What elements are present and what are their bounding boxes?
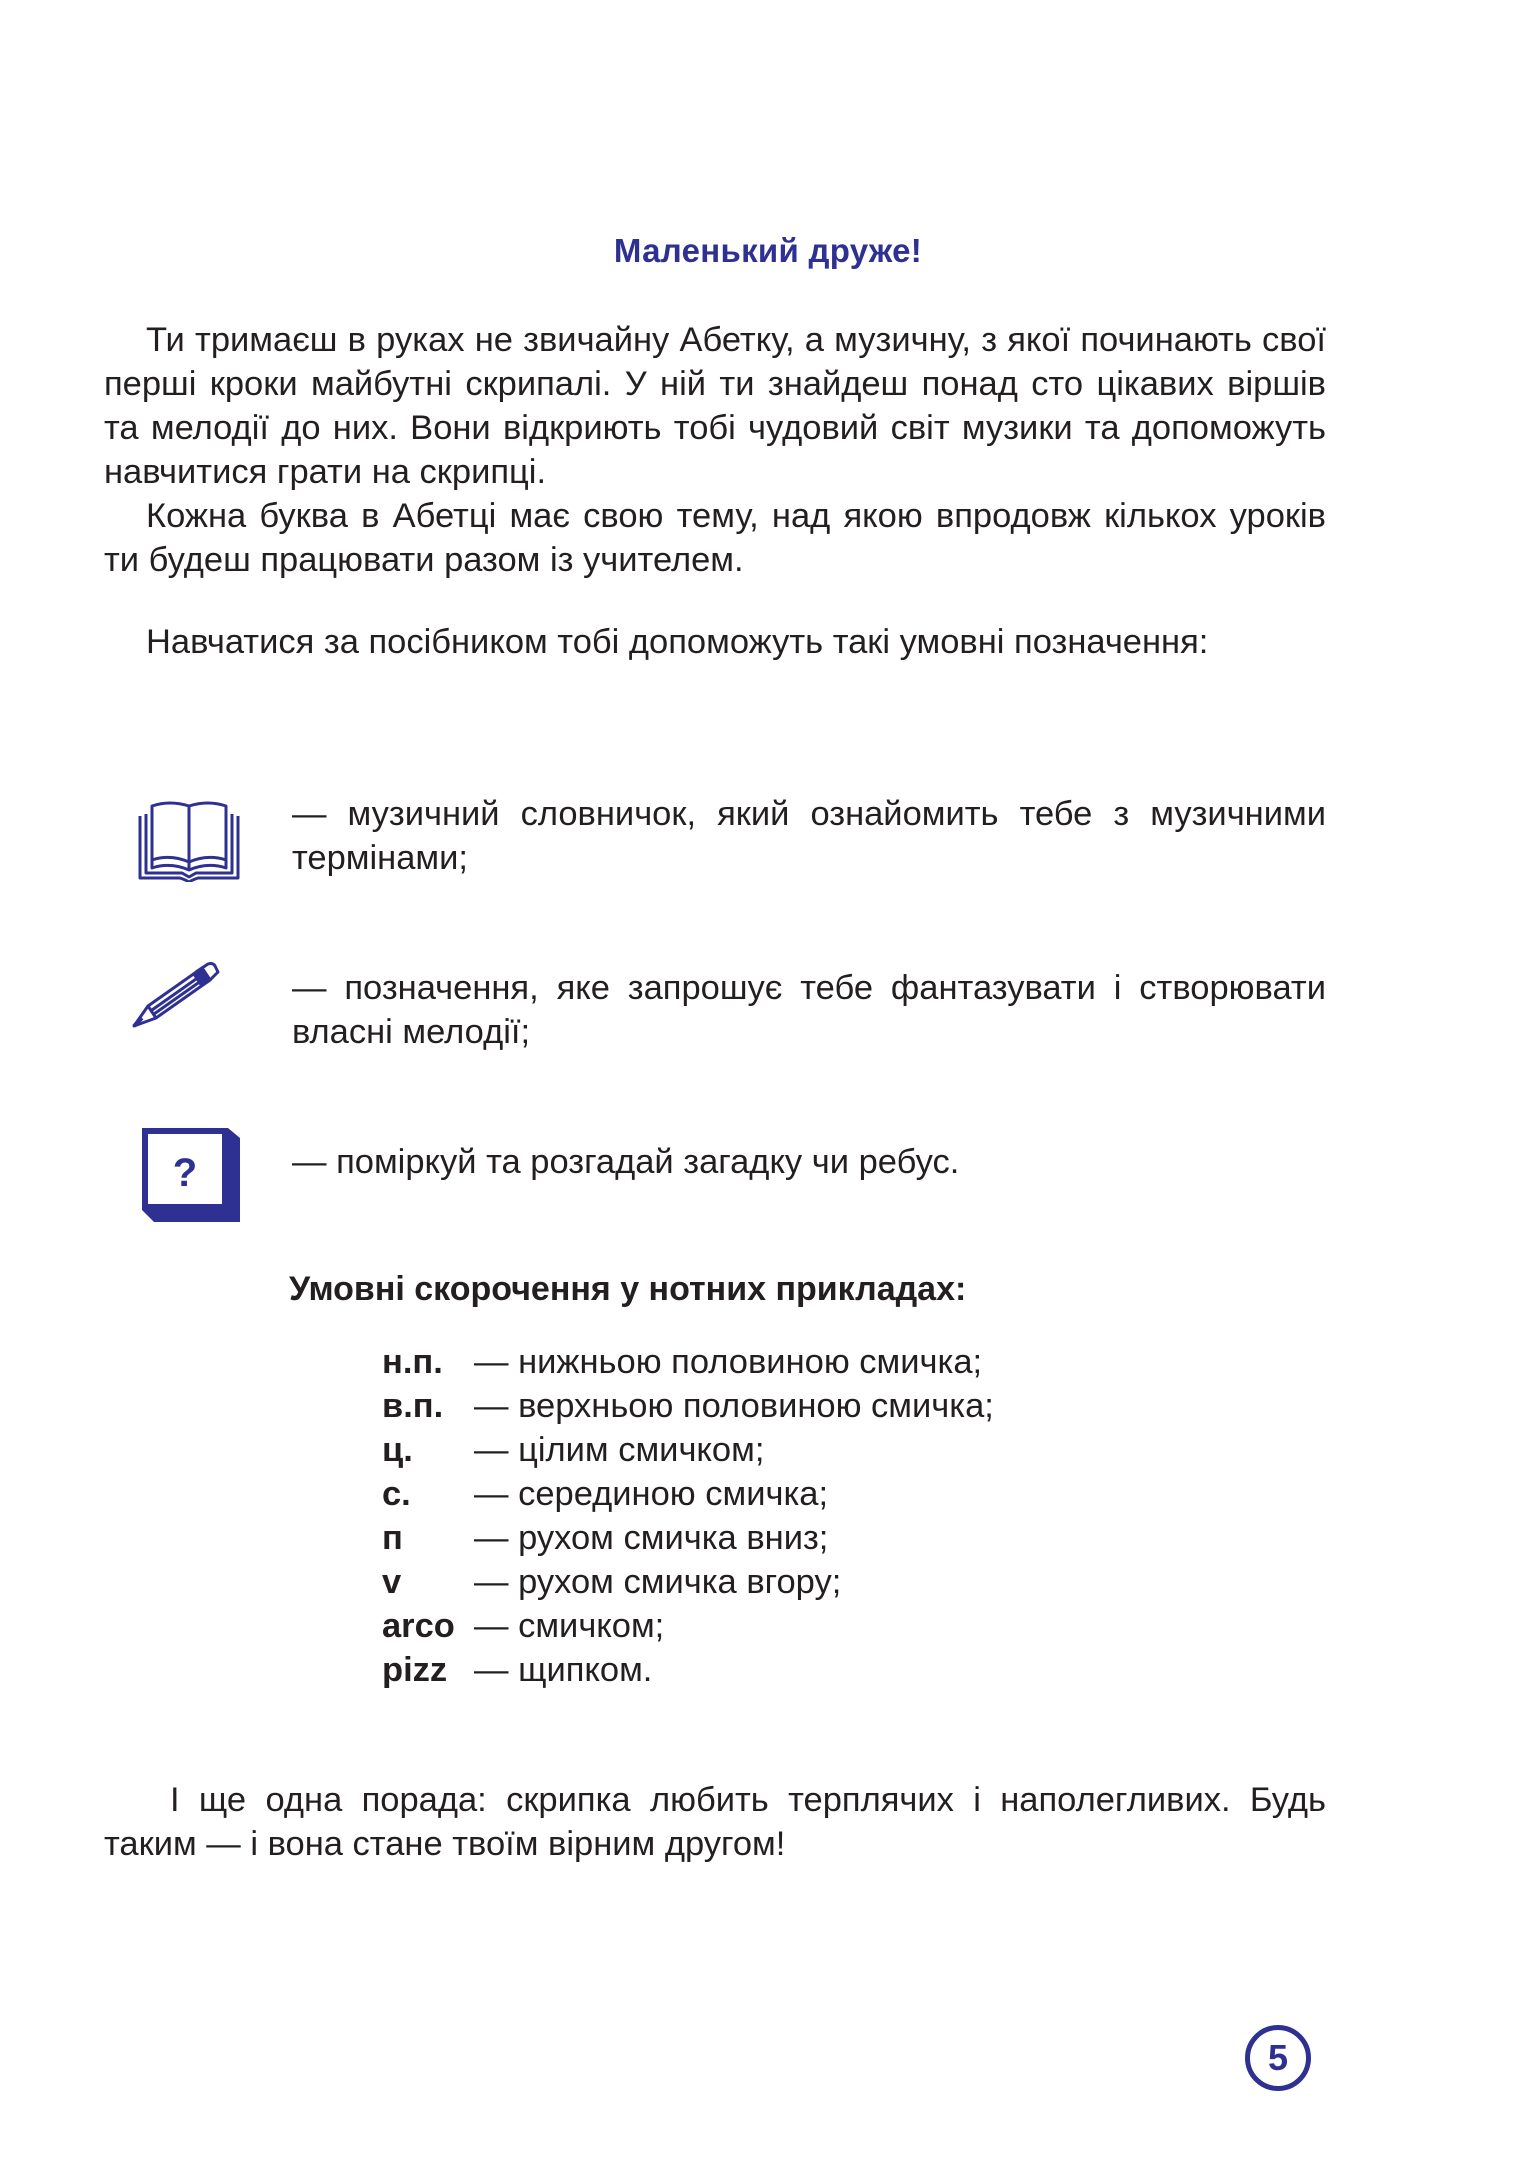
abbreviation-value: — смичком; — [474, 1604, 664, 1648]
question-box-icon: ? — [138, 1126, 240, 1228]
abbreviation-key: в.п. — [382, 1384, 474, 1428]
abbreviation-row: pizz— щипком. — [382, 1648, 994, 1692]
legend-item-puzzle: — поміркуй та розгадай загадку чи ребус. — [292, 1140, 1326, 1184]
intro-paragraph-1: Ти тримаєш в руках не звичайну Абетку, а… — [104, 318, 1326, 494]
abbreviation-row: с.— серединою смичка; — [382, 1472, 994, 1516]
abbreviation-key: v — [382, 1560, 474, 1604]
abbreviation-key: arco — [382, 1604, 474, 1648]
abbreviation-key: с. — [382, 1472, 474, 1516]
abbreviation-key: pizz — [382, 1648, 474, 1692]
legend-intro: Навчатися за посібником тобі допоможуть … — [104, 620, 1326, 664]
abbreviation-value: — цілим смичком; — [474, 1428, 764, 1472]
intro-paragraph-2: Кожна буква в Абетці має свою тему, над … — [104, 494, 1326, 582]
abbreviation-value: — рухом смичка вниз; — [474, 1516, 828, 1560]
pencil-icon — [130, 956, 220, 1032]
abbreviation-value: — нижньою половиною смичка; — [474, 1340, 982, 1384]
intro-text: Ти тримаєш в руках не звичайну Абетку, а… — [104, 318, 1326, 582]
abbreviation-key: п — [382, 1516, 474, 1560]
closing-paragraph: І ще одна порада: скрипка любить терпляч… — [104, 1778, 1326, 1866]
abbreviation-row: v— рухом смичка вгору; — [382, 1560, 994, 1604]
legend-item-compose: — позначення, яке запрошує тебе фантазув… — [292, 966, 1326, 1054]
abbreviation-value: — щипком. — [474, 1648, 652, 1692]
abbreviation-row: arco— смичком; — [382, 1604, 994, 1648]
abbreviation-row: н.п.— нижньою половиною смичка; — [382, 1340, 994, 1384]
abbreviation-row: ц.— цілим смичком; — [382, 1428, 994, 1472]
abbreviation-value: — рухом смичка вгору; — [474, 1560, 841, 1604]
abbreviation-row: в.п.— верхньою половиною смичка; — [382, 1384, 994, 1428]
open-book-icon — [136, 798, 242, 882]
abbreviation-key: н.п. — [382, 1340, 474, 1384]
page-title: Маленький друже! — [0, 232, 1536, 270]
abbreviations-heading: Умовні скорочення у нотних прикладах: — [289, 1270, 966, 1309]
page-number: 5 — [1245, 2025, 1311, 2091]
abbreviations-list: н.п.— нижньою половиною смичка; в.п.— ве… — [382, 1340, 994, 1692]
abbreviation-row: п— рухом смичка вниз; — [382, 1516, 994, 1560]
svg-text:?: ? — [173, 1151, 197, 1195]
abbreviation-key: ц. — [382, 1428, 474, 1472]
abbreviation-value: — серединою смичка; — [474, 1472, 828, 1516]
abbreviation-value: — верхньою половиною смичка; — [474, 1384, 994, 1428]
legend-item-dictionary: — музичний словничок, який ознайомить те… — [292, 792, 1326, 880]
